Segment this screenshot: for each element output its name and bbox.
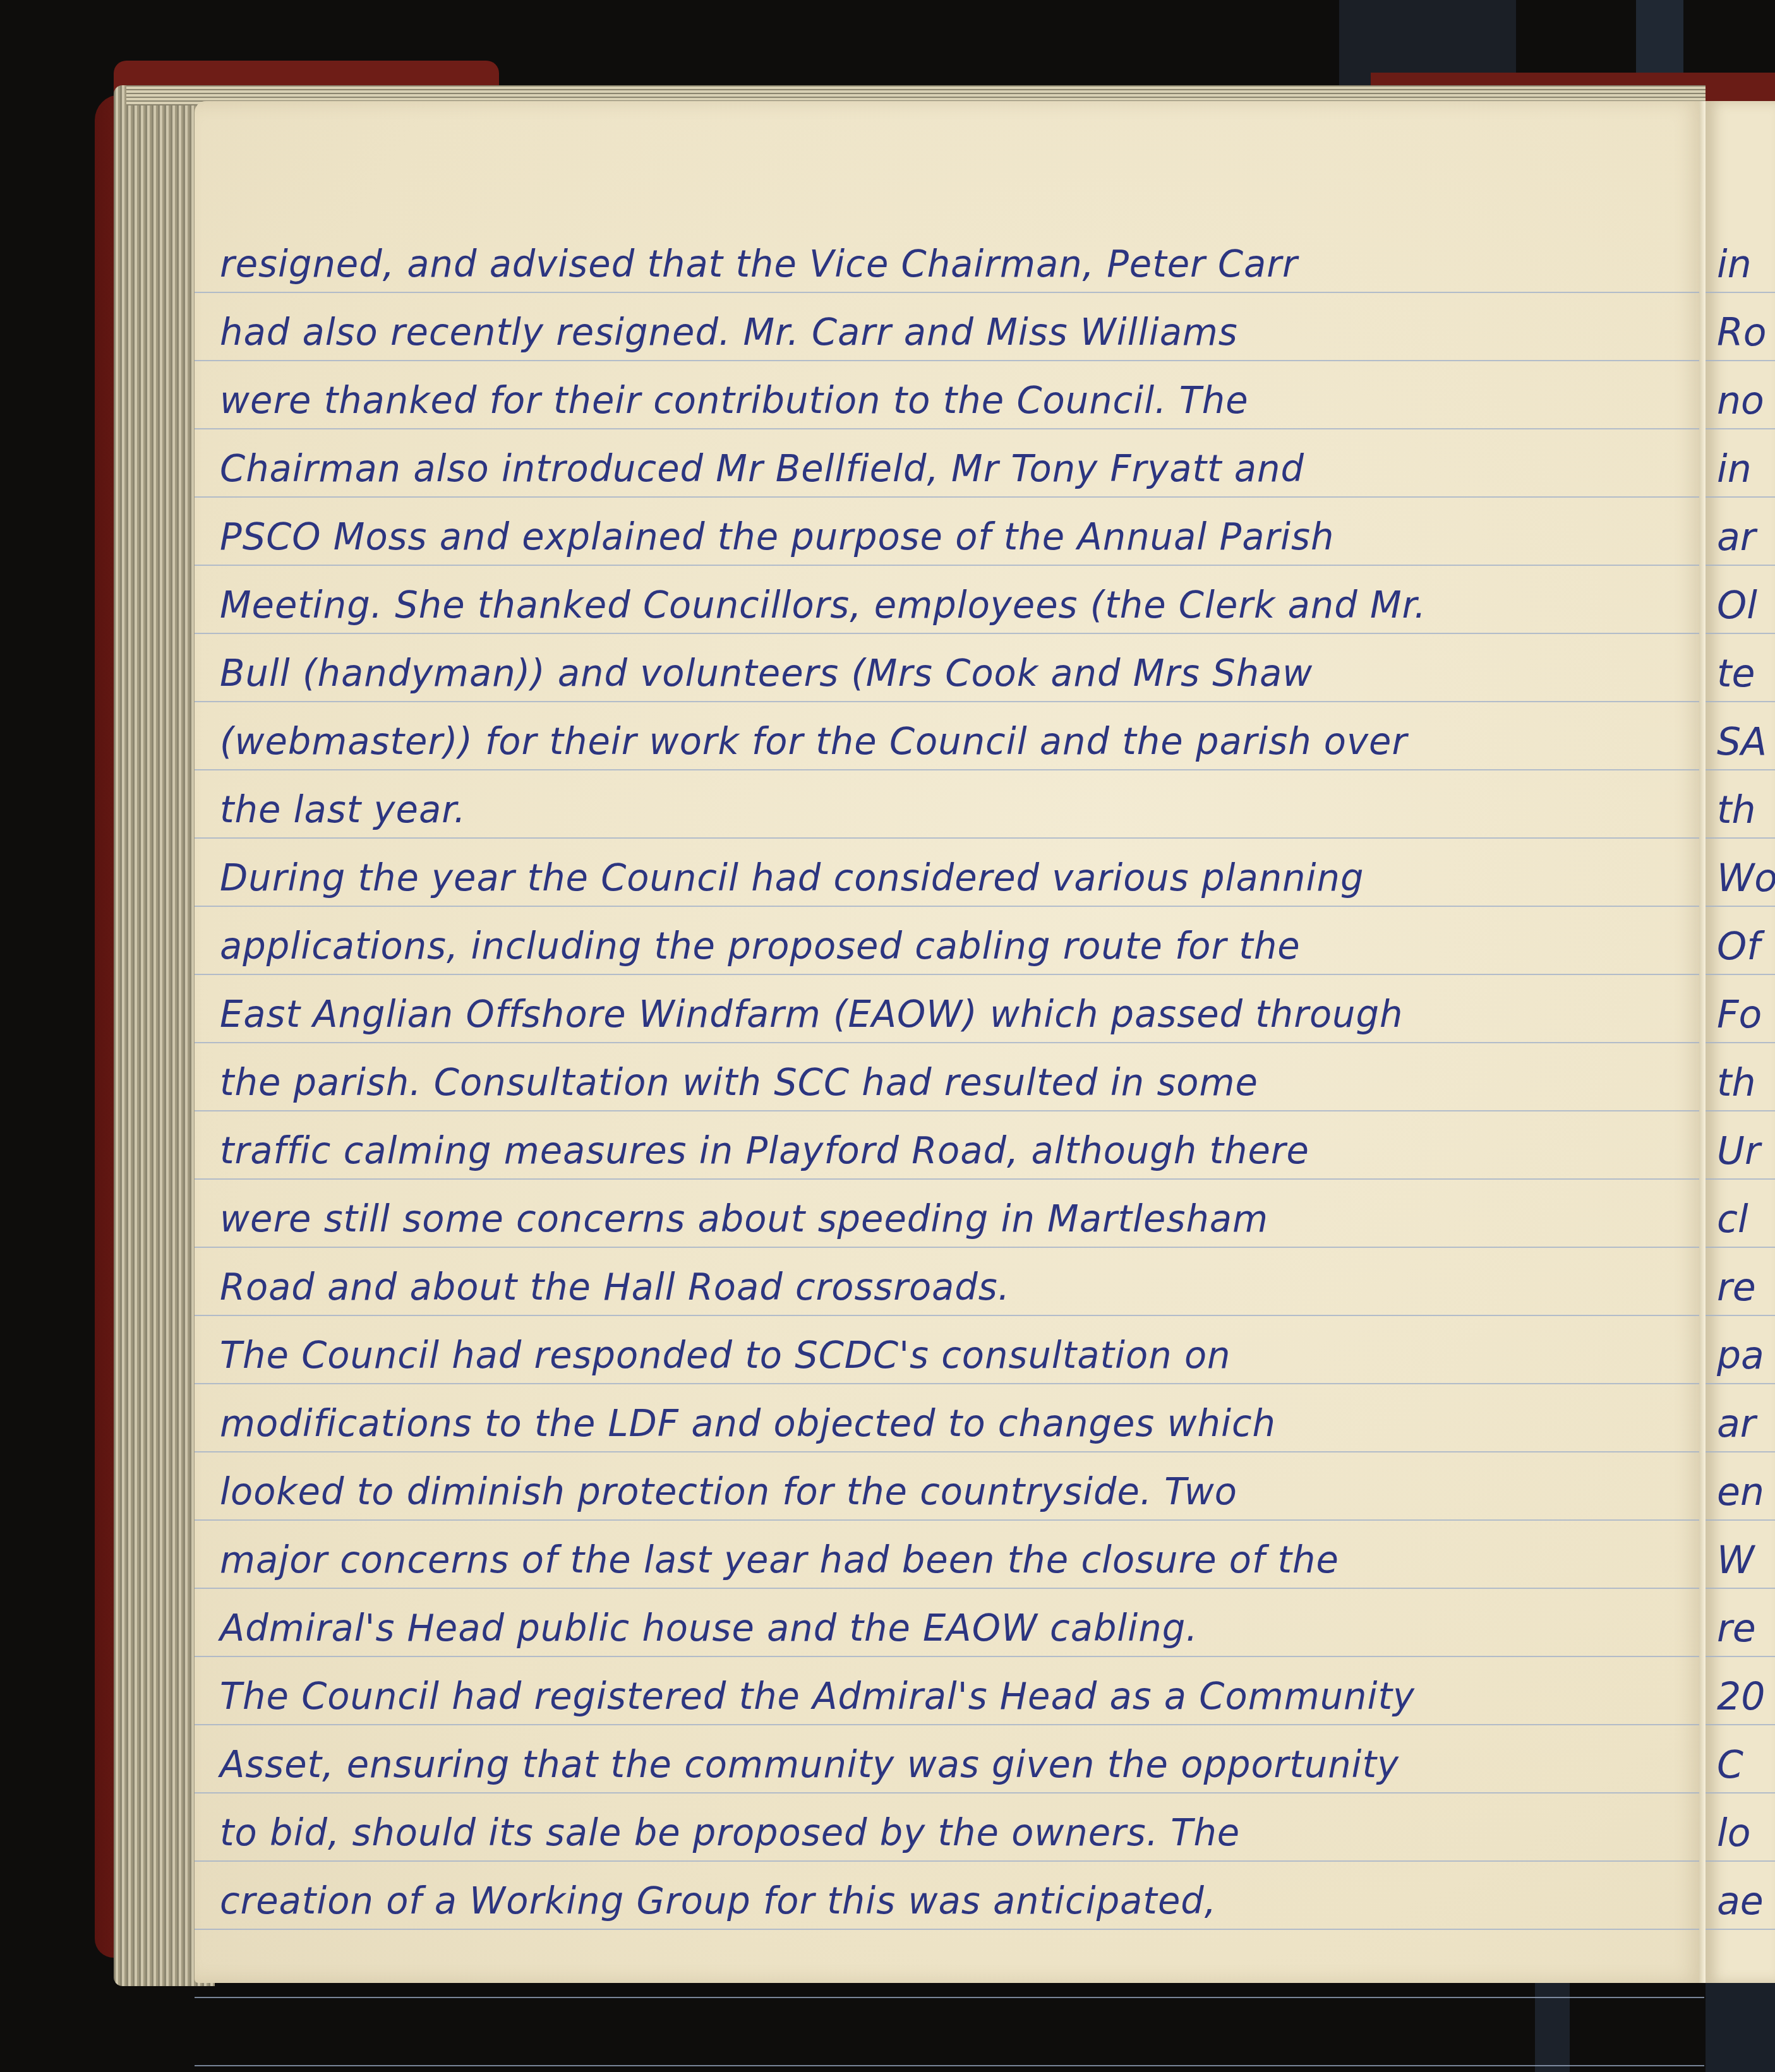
ruled-line xyxy=(1706,1588,1775,1589)
ruled-line xyxy=(1706,701,1775,702)
handwritten-line: were thanked for their contribution to t… xyxy=(220,379,1666,442)
handwritten-line: Chairman also introduced Mr Bellfield, M… xyxy=(220,447,1666,510)
ruled-line xyxy=(1706,837,1775,839)
ruled-line xyxy=(1706,1315,1775,1316)
handwritten-line: Admiral's Head public house and the EAOW… xyxy=(220,1607,1666,1670)
adjacent-page-fragment: W xyxy=(1717,1538,1754,1583)
ruled-line xyxy=(1706,1929,1775,1930)
adjacent-page-fragment: ar xyxy=(1717,1402,1755,1446)
handwritten-line: traffic calming measures in Playford Roa… xyxy=(220,1129,1666,1192)
ruled-line xyxy=(1706,1178,1775,1180)
ruled-line xyxy=(1706,565,1775,566)
handwritten-line: the last year. xyxy=(220,788,1666,851)
ruled-line xyxy=(1706,1110,1775,1111)
adjacent-page-fragment: re xyxy=(1717,1266,1756,1310)
handwritten-line: were still some concerns about speeding … xyxy=(220,1197,1666,1261)
handwritten-line: Asset, ensuring that the community was g… xyxy=(220,1743,1666,1806)
notebook-page: resigned, and advised that the Vice Chai… xyxy=(195,101,1704,1983)
handwritten-line: to bid, should its sale be proposed by t… xyxy=(220,1811,1666,1874)
handwritten-line: (webmaster)) for their work for the Coun… xyxy=(220,720,1666,783)
ruled-line xyxy=(1706,1451,1775,1452)
handwritten-line: looked to diminish protection for the co… xyxy=(220,1470,1666,1533)
ruled-line xyxy=(1706,1247,1775,1248)
ruled-line xyxy=(1706,1656,1775,1657)
ruled-line xyxy=(1706,1042,1775,1043)
ruled-line xyxy=(1706,1792,1775,1794)
adjacent-page-fragment: cl xyxy=(1717,1197,1748,1242)
ruled-line xyxy=(1706,496,1775,498)
handwritten-line: applications, including the proposed cab… xyxy=(220,925,1666,988)
adjacent-page-fragment: te xyxy=(1717,652,1755,696)
adjacent-page-fragment: Ro xyxy=(1717,311,1766,355)
adjacent-page-fragment: Ol xyxy=(1717,584,1757,628)
adjacent-page-fragment: no xyxy=(1717,379,1764,423)
ruled-line xyxy=(1706,1519,1775,1521)
ruled-line xyxy=(1706,769,1775,770)
ruled-line xyxy=(1706,292,1775,293)
adjacent-page-fragment: th xyxy=(1717,1061,1756,1105)
handwritten-line: PSCO Moss and explained the purpose of t… xyxy=(220,515,1666,578)
ruled-line xyxy=(1706,360,1775,361)
adjacent-page-fragment: Fo xyxy=(1717,993,1762,1037)
adjacent-page-fragment: pa xyxy=(1717,1334,1764,1378)
handwritten-line: had also recently resigned. Mr. Carr and… xyxy=(220,311,1666,374)
adjacent-page-fragment: lo xyxy=(1717,1811,1750,1855)
handwritten-line: East Anglian Offshore Windfarm (EAOW) wh… xyxy=(220,993,1666,1056)
ruled-line xyxy=(1706,1860,1775,1862)
adjacent-page-fragment: en xyxy=(1717,1470,1764,1514)
handwritten-line: Meeting. She thanked Councillors, employ… xyxy=(220,584,1666,647)
handwritten-line: The Council had responded to SCDC's cons… xyxy=(220,1334,1666,1397)
adjacent-page-fragment: Of xyxy=(1717,925,1760,969)
adjacent-page-fragment: ar xyxy=(1717,515,1755,560)
handwritten-line: creation of a Working Group for this was… xyxy=(220,1879,1666,1943)
adjacent-page-fragment: C xyxy=(1717,1743,1743,1787)
adjacent-page-fragment: Ur xyxy=(1717,1129,1760,1173)
ruled-line xyxy=(1706,633,1775,634)
ruled-line xyxy=(1706,1383,1775,1384)
handwritten-line: modifications to the LDF and objected to… xyxy=(220,1402,1666,1465)
adjacent-page-fragment: ae xyxy=(1717,1879,1764,1924)
ruled-line xyxy=(1706,428,1775,429)
ruled-line xyxy=(1706,974,1775,975)
adjacent-page: inRonoinarOlteSAthWoOfFothUrclrepaarenWr… xyxy=(1706,101,1775,1983)
ruled-line xyxy=(1706,1724,1775,1725)
ruled-line xyxy=(195,2065,1704,2066)
adjacent-page-fragment: 20 xyxy=(1717,1675,1765,1719)
adjacent-page-fragment: in xyxy=(1717,243,1752,287)
spine-strap xyxy=(1706,1983,1775,2072)
handwritten-line: Road and about the Hall Road crossroads. xyxy=(220,1266,1666,1329)
adjacent-page-fragment: in xyxy=(1717,447,1752,491)
handwritten-line: During the year the Council had consider… xyxy=(220,856,1666,919)
ruled-line xyxy=(1706,906,1775,907)
ruled-line xyxy=(195,1997,1704,1998)
handwritten-line: resigned, and advised that the Vice Chai… xyxy=(220,243,1666,306)
handwritten-line: The Council had registered the Admiral's… xyxy=(220,1675,1666,1738)
adjacent-page-fragment: re xyxy=(1717,1607,1756,1651)
adjacent-page-fragment: SA xyxy=(1717,720,1767,764)
adjacent-page-fragment: Wo xyxy=(1717,856,1775,901)
handwritten-line: major concerns of the last year had been… xyxy=(220,1538,1666,1602)
adjacent-page-fragment: th xyxy=(1717,788,1756,832)
handwritten-line: Bull (handyman)) and volunteers (Mrs Coo… xyxy=(220,652,1666,715)
handwritten-line: the parish. Consultation with SCC had re… xyxy=(220,1061,1666,1124)
